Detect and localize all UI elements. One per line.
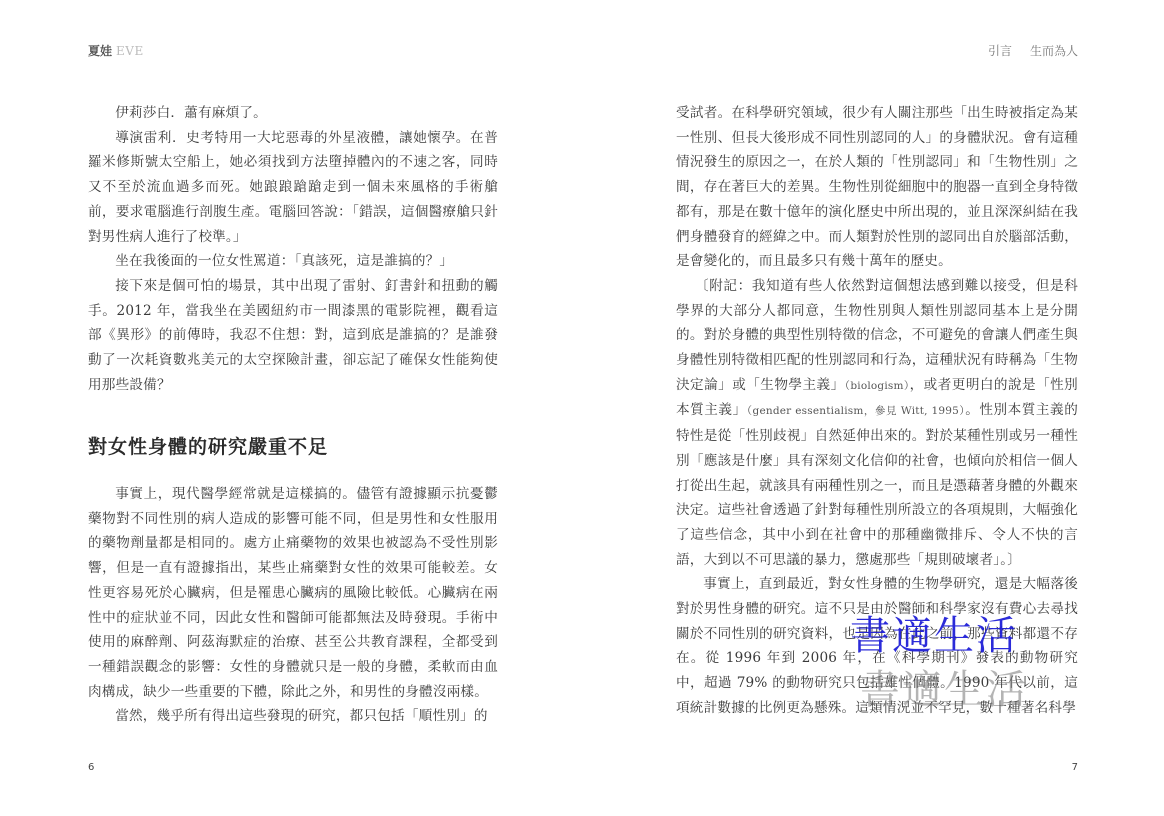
body-text-after-heading: 事實上，現代醫學經常就是這樣搞的。儘管有證據顯示抗憂鬱藥物對不同性別的病人造成的…: [88, 482, 498, 729]
chapter-label: 引言: [988, 44, 1012, 58]
section-heading: 對女性身體的研究嚴重不足: [88, 432, 328, 459]
citation-witt: （gender essentialism，參見 Witt, 1995）: [747, 405, 965, 417]
body-text-before-heading: 伊莉莎白．蕭有麻煩了。 導演雷利．史考特用一大坨惡毒的外星液體，讓她懷孕。在普羅…: [88, 101, 498, 397]
paragraph: 接下來是個可怕的場景，其中出現了雷射、釘書針和扭動的觸手。2012 年，當我坐在…: [88, 274, 498, 398]
page-number: 7: [1072, 762, 1078, 773]
paragraph: 坐在我後面的一位女性罵道：「真該死，這是誰搞的？」: [88, 249, 498, 274]
paragraph: 當然，幾乎所有得出這些發現的研究，都只包括「順性別」的: [88, 704, 498, 729]
note-paragraph: 〔附記：我知道有些人依然對這個想法感到難以接受，但是科學界的大部分人都同意，生物…: [676, 274, 1078, 572]
chapter-title: 生而為人: [1030, 44, 1078, 58]
book-title-english: EVE: [116, 44, 144, 58]
left-page: 夏娃EVE 伊莉莎白．蕭有麻煩了。 導演雷利．史考特用一大坨惡毒的外星液體，讓她…: [88, 0, 498, 816]
note-text: 〔附記：我知道有些人依然對這個想法感到難以接受，但是科學界的大部分人都同意，生物…: [676, 278, 1078, 393]
paragraph: 伊莉莎白．蕭有麻煩了。: [88, 101, 498, 126]
paragraph: 事實上，現代醫學經常就是這樣搞的。儘管有證據顯示抗憂鬱藥物對不同性別的病人造成的…: [88, 482, 498, 704]
paragraph: 導演雷利．史考特用一大坨惡毒的外星液體，讓她懷孕。在普羅米修斯號太空船上，她必須…: [88, 126, 498, 250]
right-page: 引言生而為人 受試者。在科學研究領域，很少有人關注那些「出生時被指定為某一性別、…: [676, 0, 1078, 816]
paragraph: 事實上，直到最近，對女性身體的生物學研究，還是大幅落後對於男性身體的研究。這不只…: [676, 572, 1078, 720]
page-number: 6: [88, 762, 94, 773]
note-text: 。性別本質主義的特性是從「性別歧視」自然延伸出來的。對於某種性別或另一種性別「應…: [676, 402, 1078, 567]
book-title: 夏娃: [88, 44, 112, 58]
running-head-right: 引言生而為人: [988, 42, 1078, 59]
term-biologism: （biologism）: [845, 380, 910, 392]
body-text-right: 受試者。在科學研究領域，很少有人關注那些「出生時被指定為某一性別、但長大後形成不…: [676, 101, 1078, 721]
running-head-left: 夏娃EVE: [88, 42, 144, 59]
paragraph-continued: 受試者。在科學研究領域，很少有人關注那些「出生時被指定為某一性別、但長大後形成不…: [676, 101, 1078, 274]
